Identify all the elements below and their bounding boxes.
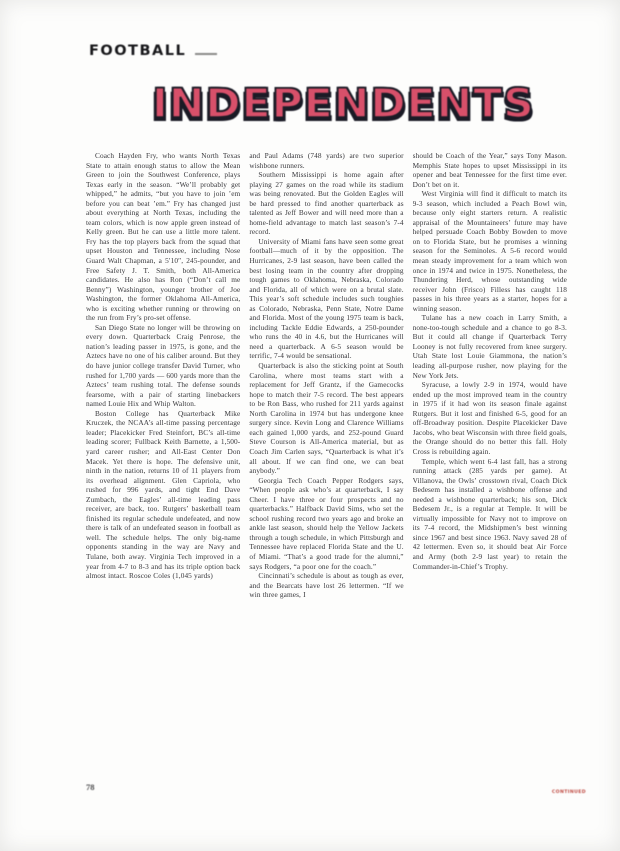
section-header: FOOTBALL [89, 42, 217, 60]
article-column-1: Coach Hayden Fry, who wants North Texas … [86, 151, 240, 778]
magazine-page: FOOTBALL INDEPENDENTS Coach Hayden Fry, … [0, 0, 620, 851]
article-paragraph: Quarterback is also the sticking point a… [249, 361, 403, 476]
article-column-2: and Paul Adams (748 yards) are two super… [249, 151, 403, 778]
article-paragraph: and Paul Adams (748 yards) are two super… [249, 151, 403, 170]
section-header-rule [195, 53, 217, 55]
article-paragraph: University of Miami fans have seen some … [249, 237, 403, 361]
continued-marker: CONTINUED [540, 790, 586, 795]
article-paragraph: Syracuse, a lowly 2-9 in 1974, would hav… [413, 380, 567, 456]
article-paragraph: West Virginia will find it difficult to … [413, 189, 567, 313]
article-paragraph: Temple, which went 6-4 last fall, has a … [413, 457, 567, 572]
article-body: Coach Hayden Fry, who wants North Texas … [86, 151, 567, 778]
page-number: 78 [86, 782, 95, 792]
article-column-3: should be Coach of the Year,” says Tony … [413, 151, 567, 778]
page-title: INDEPENDENTS [152, 84, 597, 124]
article-paragraph: should be Coach of the Year,” says Tony … [413, 151, 567, 189]
article-paragraph: Georgia Tech Coach Pepper Rodgers says, … [249, 476, 403, 571]
section-label: FOOTBALL [89, 43, 186, 59]
article-paragraph: Southern Mississippi is home again after… [249, 170, 403, 237]
article-paragraph: Boston College has Quarterback Mike Kruc… [86, 409, 240, 581]
article-paragraph: Tulane has a new coach in Larry Smith, a… [413, 313, 567, 380]
article-paragraph: San Diego State no longer will be throwi… [86, 323, 240, 409]
article-paragraph: Cincinnati’s schedule is about as tough … [249, 571, 403, 600]
article-paragraph: Coach Hayden Fry, who wants North Texas … [86, 151, 240, 323]
